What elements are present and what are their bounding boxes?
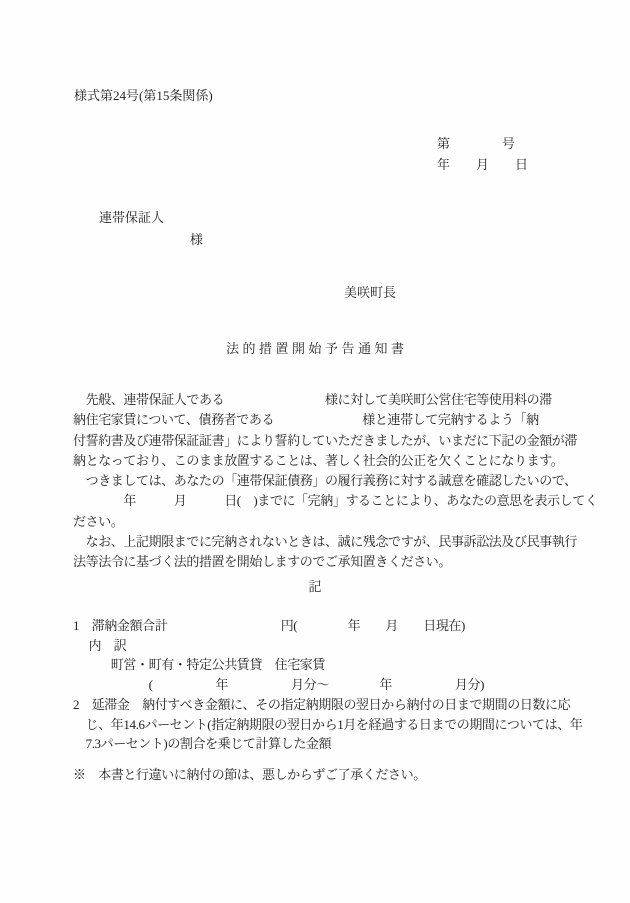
- body-line: 年 月 日( )までに「完納」することにより、あなたの意思を表示してく: [73, 491, 597, 511]
- item-line-late-fee-cont: 7.3パーセント)の割合を乗じて計算した金額: [73, 734, 582, 754]
- form-number: 様式第24号(第15条関係): [74, 85, 213, 104]
- item-line-late-fee-cont: じ、年14.6パーセント(指定納期限の翌日から1月を経過する日までの期間について…: [73, 715, 582, 735]
- sender-label: 美咲町長: [344, 282, 396, 301]
- item-line-breakdown-label: 内 訳: [73, 636, 582, 656]
- item-line-late-fee: 2 延滞金 納付すべき金額に、その指定納期限の翌日から納付の日まで期間の日数に応: [73, 695, 582, 715]
- ki-heading: 記: [0, 576, 630, 595]
- body-line: 納住宅家賃について、債務者である 様と連帯して完納するよう「納: [73, 410, 597, 430]
- doc-number-date-block: 第 号 年 月 日: [437, 133, 528, 175]
- body-line: なお、上記期限までに完納されないときは、誠に残念ですが、民事訴訟法及び民事執行: [73, 532, 597, 552]
- document-page: 様式第24号(第15条関係) 第 号 年 月 日 連帯保証人 様 美咲町長 法的…: [0, 0, 630, 903]
- item-line-arrears-total: 1 滞納金額合計 円( 年 月 日現在): [73, 616, 582, 636]
- item-line-housing-rent: 町営・町有・特定公共賃貸 住宅家賃: [73, 655, 582, 675]
- body-line: つきましては、あなたの「連帯保証債務」の履行義務に対する誠意を確認したいので、: [73, 471, 597, 491]
- doc-number-line: 第 号: [437, 133, 528, 154]
- addressee-honorific-label: 様: [190, 229, 203, 248]
- document-title: 法的措置開始予告通知書: [0, 338, 630, 357]
- items-text: 1 滞納金額合計 円( 年 月 日現在) 内 訳 町営・町有・特定公共賃貸 住宅…: [73, 616, 582, 754]
- body-line: ださい。: [73, 512, 597, 532]
- body-line: 法等法令に基づく法的措置を開始しますのでご承知置きください。: [73, 552, 597, 572]
- addressee-role-label: 連帯保証人: [99, 207, 164, 226]
- body-line: 納となっており、このまま放置することは、著しく社会的公正を欠くことになります。: [73, 451, 597, 471]
- postscript-note: ※ 本書と行違いに納付の節は、悪しからずご了承ください。: [73, 765, 426, 785]
- body-text: 先般、連帯保証人である 様に対して美咲町公営住宅等使用料の滞 納住宅家賃について…: [73, 390, 597, 573]
- item-line-rent-period: ( 年 月分～ 年 月分): [73, 675, 582, 695]
- body-line: 付誓約書及び連帯保証証書」により誓約していただきましたが、いまだに下記の金額が滞: [73, 431, 597, 451]
- body-line: 先般、連帯保証人である 様に対して美咲町公営住宅等使用料の滞: [73, 390, 597, 410]
- doc-date-line: 年 月 日: [437, 154, 528, 175]
